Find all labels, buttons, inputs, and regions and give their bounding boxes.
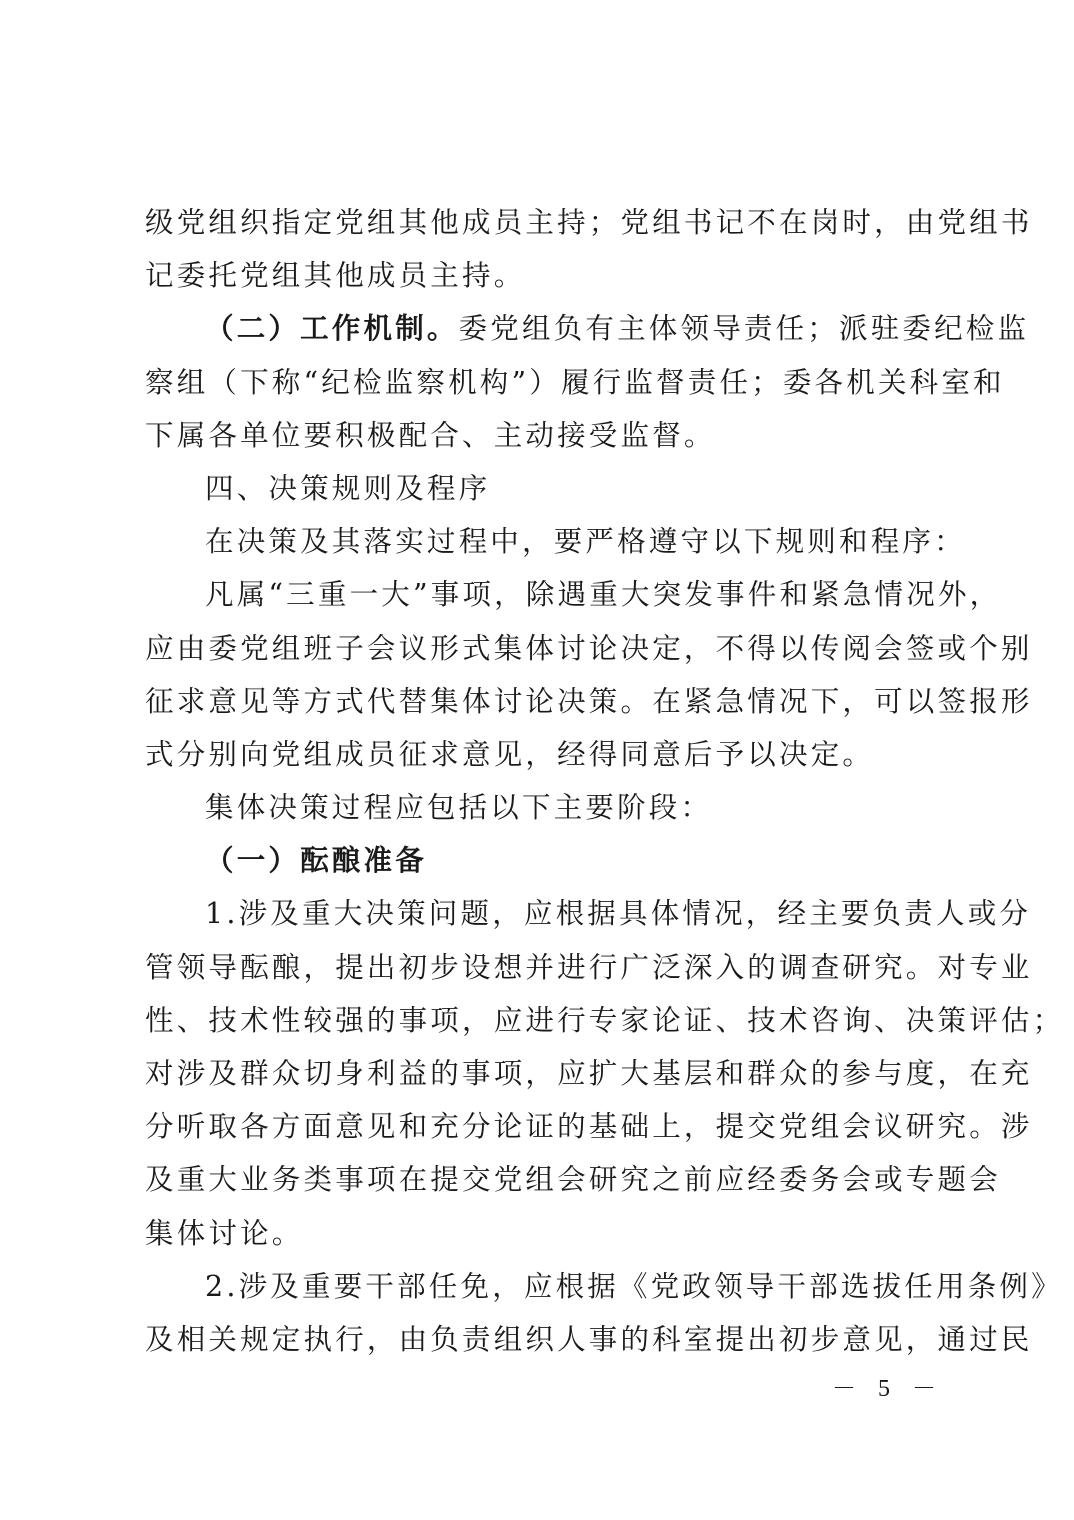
section-heading-decision-rules: 四、决策规则及程序 xyxy=(145,462,940,515)
text-line-19: 及重大业务类事项在提交党组会研究之前应经委务会或专题会 xyxy=(145,1153,940,1206)
paragraph-work-mechanism: （二）工作机制。委党组负有主体领导责任；派驻委纪检监 xyxy=(145,302,940,355)
text-line-2: 记委托党组其他成员主持。 xyxy=(145,249,940,302)
text-line-20: 集体讨论。 xyxy=(145,1207,940,1260)
text-line-9: 应由委党组班子会议形式集体讨论决定，不得以传阅会签或个别 xyxy=(145,622,940,675)
text-line-7: 在决策及其落实过程中，要严格遵守以下规则和程序： xyxy=(145,515,940,568)
section-heading-work-mechanism: （二）工作机制。 xyxy=(205,311,459,345)
text-line-10: 征求意见等方式代替集体讨论决策。在紧急情况下，可以签报形 xyxy=(145,675,940,728)
page-number: － 5 － xyxy=(832,1368,944,1403)
text-line-17: 对涉及群众切身利益的事项，应扩大基层和群众的参与度，在充 xyxy=(145,1047,940,1100)
text-line-11: 式分别向党组成员征求意见，经得同意后予以决定。 xyxy=(145,728,940,781)
text-line-18: 分听取各方面意见和充分论证的基础上，提交党组会议研究。涉 xyxy=(145,1100,940,1153)
document-body: 级党组织指定党组其他成员主持；党组书记不在岗时，由党组书 记委托党组其他成员主持… xyxy=(145,196,945,1366)
text-line-1: 级党组织指定党组其他成员主持；党组书记不在岗时，由党组书 xyxy=(145,196,940,249)
text-line-8: 凡属“三重一大”事项，除遇重大突发事件和紧急情况外， xyxy=(145,568,940,621)
subsection-heading-preparation: （一）酝酿准备 xyxy=(145,834,940,887)
document-page: 级党组织指定党组其他成员主持；党组书记不在岗时，由党组书 记委托党组其他成员主持… xyxy=(0,0,1074,1520)
text-line-21: 2.涉及重要干部任免，应根据《党政领导干部选拔任用条例》 xyxy=(145,1260,940,1313)
text-line-22: 及相关规定执行，由负责组织人事的科室提出初步意见，通过民 xyxy=(145,1313,940,1366)
text-line-5: 下属各单位要积极配合、主动接受监督。 xyxy=(145,409,940,462)
text-line-4: 察组（下称“纪检监察机构”）履行监督责任；委各机关科室和 xyxy=(145,356,940,409)
text-line-15: 管领导酝酿，提出初步设想并进行广泛深入的调查研究。对专业 xyxy=(145,941,940,994)
text-line-12: 集体决策过程应包括以下主要阶段： xyxy=(145,781,940,834)
text-line-3: 委党组负有主体领导责任；派驻委纪检监 xyxy=(459,312,1030,345)
text-line-14: 1.涉及重大决策问题，应根据具体情况，经主要负责人或分 xyxy=(145,887,940,940)
text-line-16: 性、技术性较强的事项，应进行专家论证、技术咨询、决策评估； xyxy=(145,994,940,1047)
